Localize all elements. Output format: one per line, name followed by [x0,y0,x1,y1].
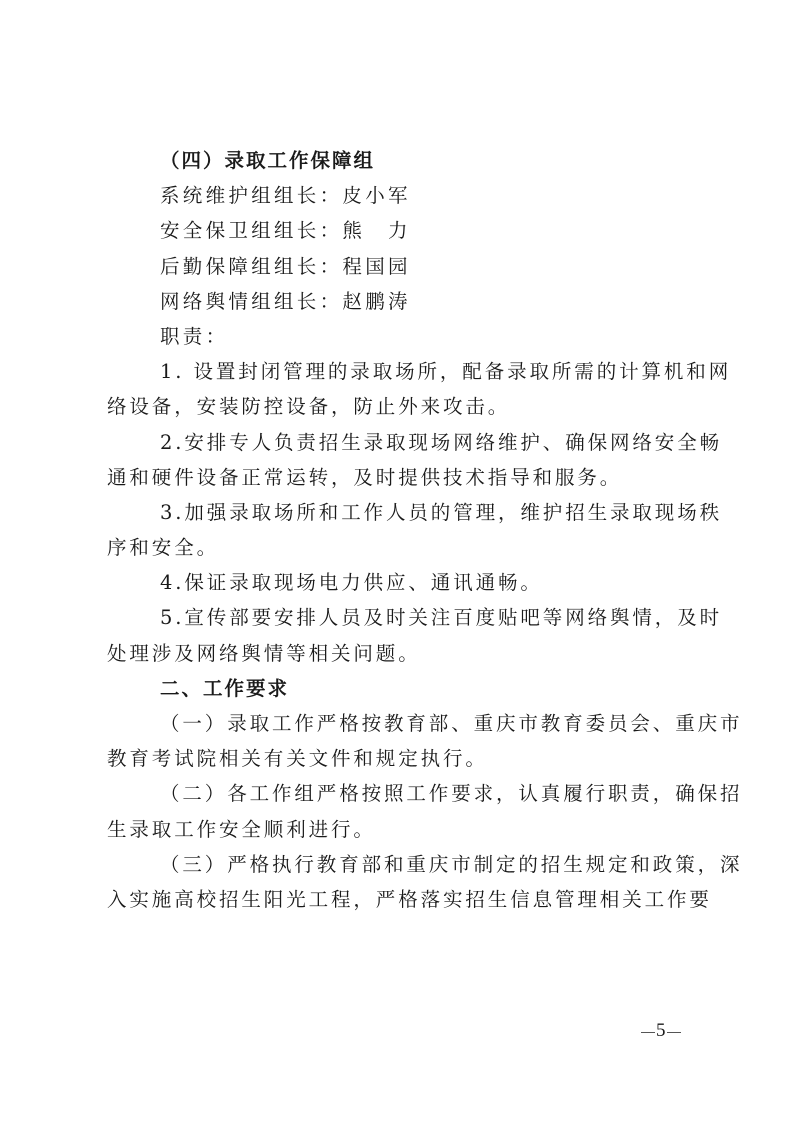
paragraph-line: 4.保证录取现场电力供应、通讯通畅。 [107,565,693,600]
requirement-item-3: （三）严格执行教育部和重庆市制定的招生规定和政策，深 入实施高校招生阳光工程，严… [107,847,693,917]
role-title: 安全保卫组组长： [160,219,342,242]
paragraph-line: 生录取工作安全顺利进行。 [107,812,693,847]
document-page: （四）录取工作保障组 系统维护组组长：皮小军 安全保卫组组长：熊 力 后勤保障组… [107,143,693,917]
duty-item-2: 2.安排专人负责招生录取现场网络维护、确保网络安全畅 通和硬件设备正常运转，及时… [107,425,693,495]
role-line-system-maintenance: 系统维护组组长：皮小军 [107,178,693,213]
paragraph-line: （三）严格执行教育部和重庆市制定的招生规定和政策，深 [107,847,693,882]
section-heading-work-requirements: 二、工作要求 [107,671,693,706]
role-line-security: 安全保卫组组长：熊 力 [107,213,693,248]
dash-left [641,1032,655,1033]
role-name: 程国园 [342,255,410,278]
paragraph-line: 2.安排专人负责招生录取现场网络维护、确保网络安全畅 [107,425,693,460]
paragraph-line: （一）录取工作严格按教育部、重庆市教育委员会、重庆市 [107,706,693,741]
paragraph-line: 5.宣传部要安排人员及时关注百度贴吧等网络舆情，及时 [107,600,693,635]
paragraph-line: 教育考试院相关有关文件和规定执行。 [107,741,693,776]
paragraph-line: 通和硬件设备正常运转，及时提供技术指导和服务。 [107,460,693,495]
paragraph-line: 3.加强录取场所和工作人员的管理，维护招生录取现场秩 [107,495,693,530]
section-heading-admission-support-group: （四）录取工作保障组 [107,143,693,178]
paragraph-line: 入实施高校招生阳光工程，严格落实招生信息管理相关工作要 [107,882,693,917]
role-name: 皮小军 [342,184,410,207]
duty-item-4: 4.保证录取现场电力供应、通讯通畅。 [107,565,693,600]
role-title: 系统维护组组长： [160,184,342,207]
duties-label: 职责： [107,319,693,354]
paragraph-line: 序和安全。 [107,530,693,565]
paragraph-line: （二）各工作组严格按照工作要求，认真履行职责，确保招 [107,776,693,811]
page-number: 5 [640,1020,682,1042]
role-title: 网络舆情组组长： [160,290,342,313]
paragraph-line: 络设备，安装防控设备，防止外来攻击。 [107,389,693,424]
requirement-item-1: （一）录取工作严格按教育部、重庆市教育委员会、重庆市 教育考试院相关有关文件和规… [107,706,693,776]
duty-item-3: 3.加强录取场所和工作人员的管理，维护招生录取现场秩 序和安全。 [107,495,693,565]
role-name: 赵鹏涛 [342,290,410,313]
duty-item-5: 5.宣传部要安排人员及时关注百度贴吧等网络舆情，及时 处理涉及网络舆情等相关问题… [107,600,693,670]
dash-right [667,1032,681,1033]
paragraph-line: 处理涉及网络舆情等相关问题。 [107,636,693,671]
page-number-value: 5 [656,1020,666,1042]
paragraph-line: 1. 设置封闭管理的录取场所，配备录取所需的计算机和网 [107,354,693,389]
role-name: 熊 力 [342,219,410,242]
role-title: 后勤保障组组长： [160,255,342,278]
requirement-item-2: （二）各工作组严格按照工作要求，认真履行职责，确保招 生录取工作安全顺利进行。 [107,776,693,846]
duty-item-1: 1. 设置封闭管理的录取场所，配备录取所需的计算机和网 络设备，安装防控设备，防… [107,354,693,424]
role-line-network-opinion: 网络舆情组组长：赵鹏涛 [107,284,693,319]
role-line-logistics: 后勤保障组组长：程国园 [107,249,693,284]
